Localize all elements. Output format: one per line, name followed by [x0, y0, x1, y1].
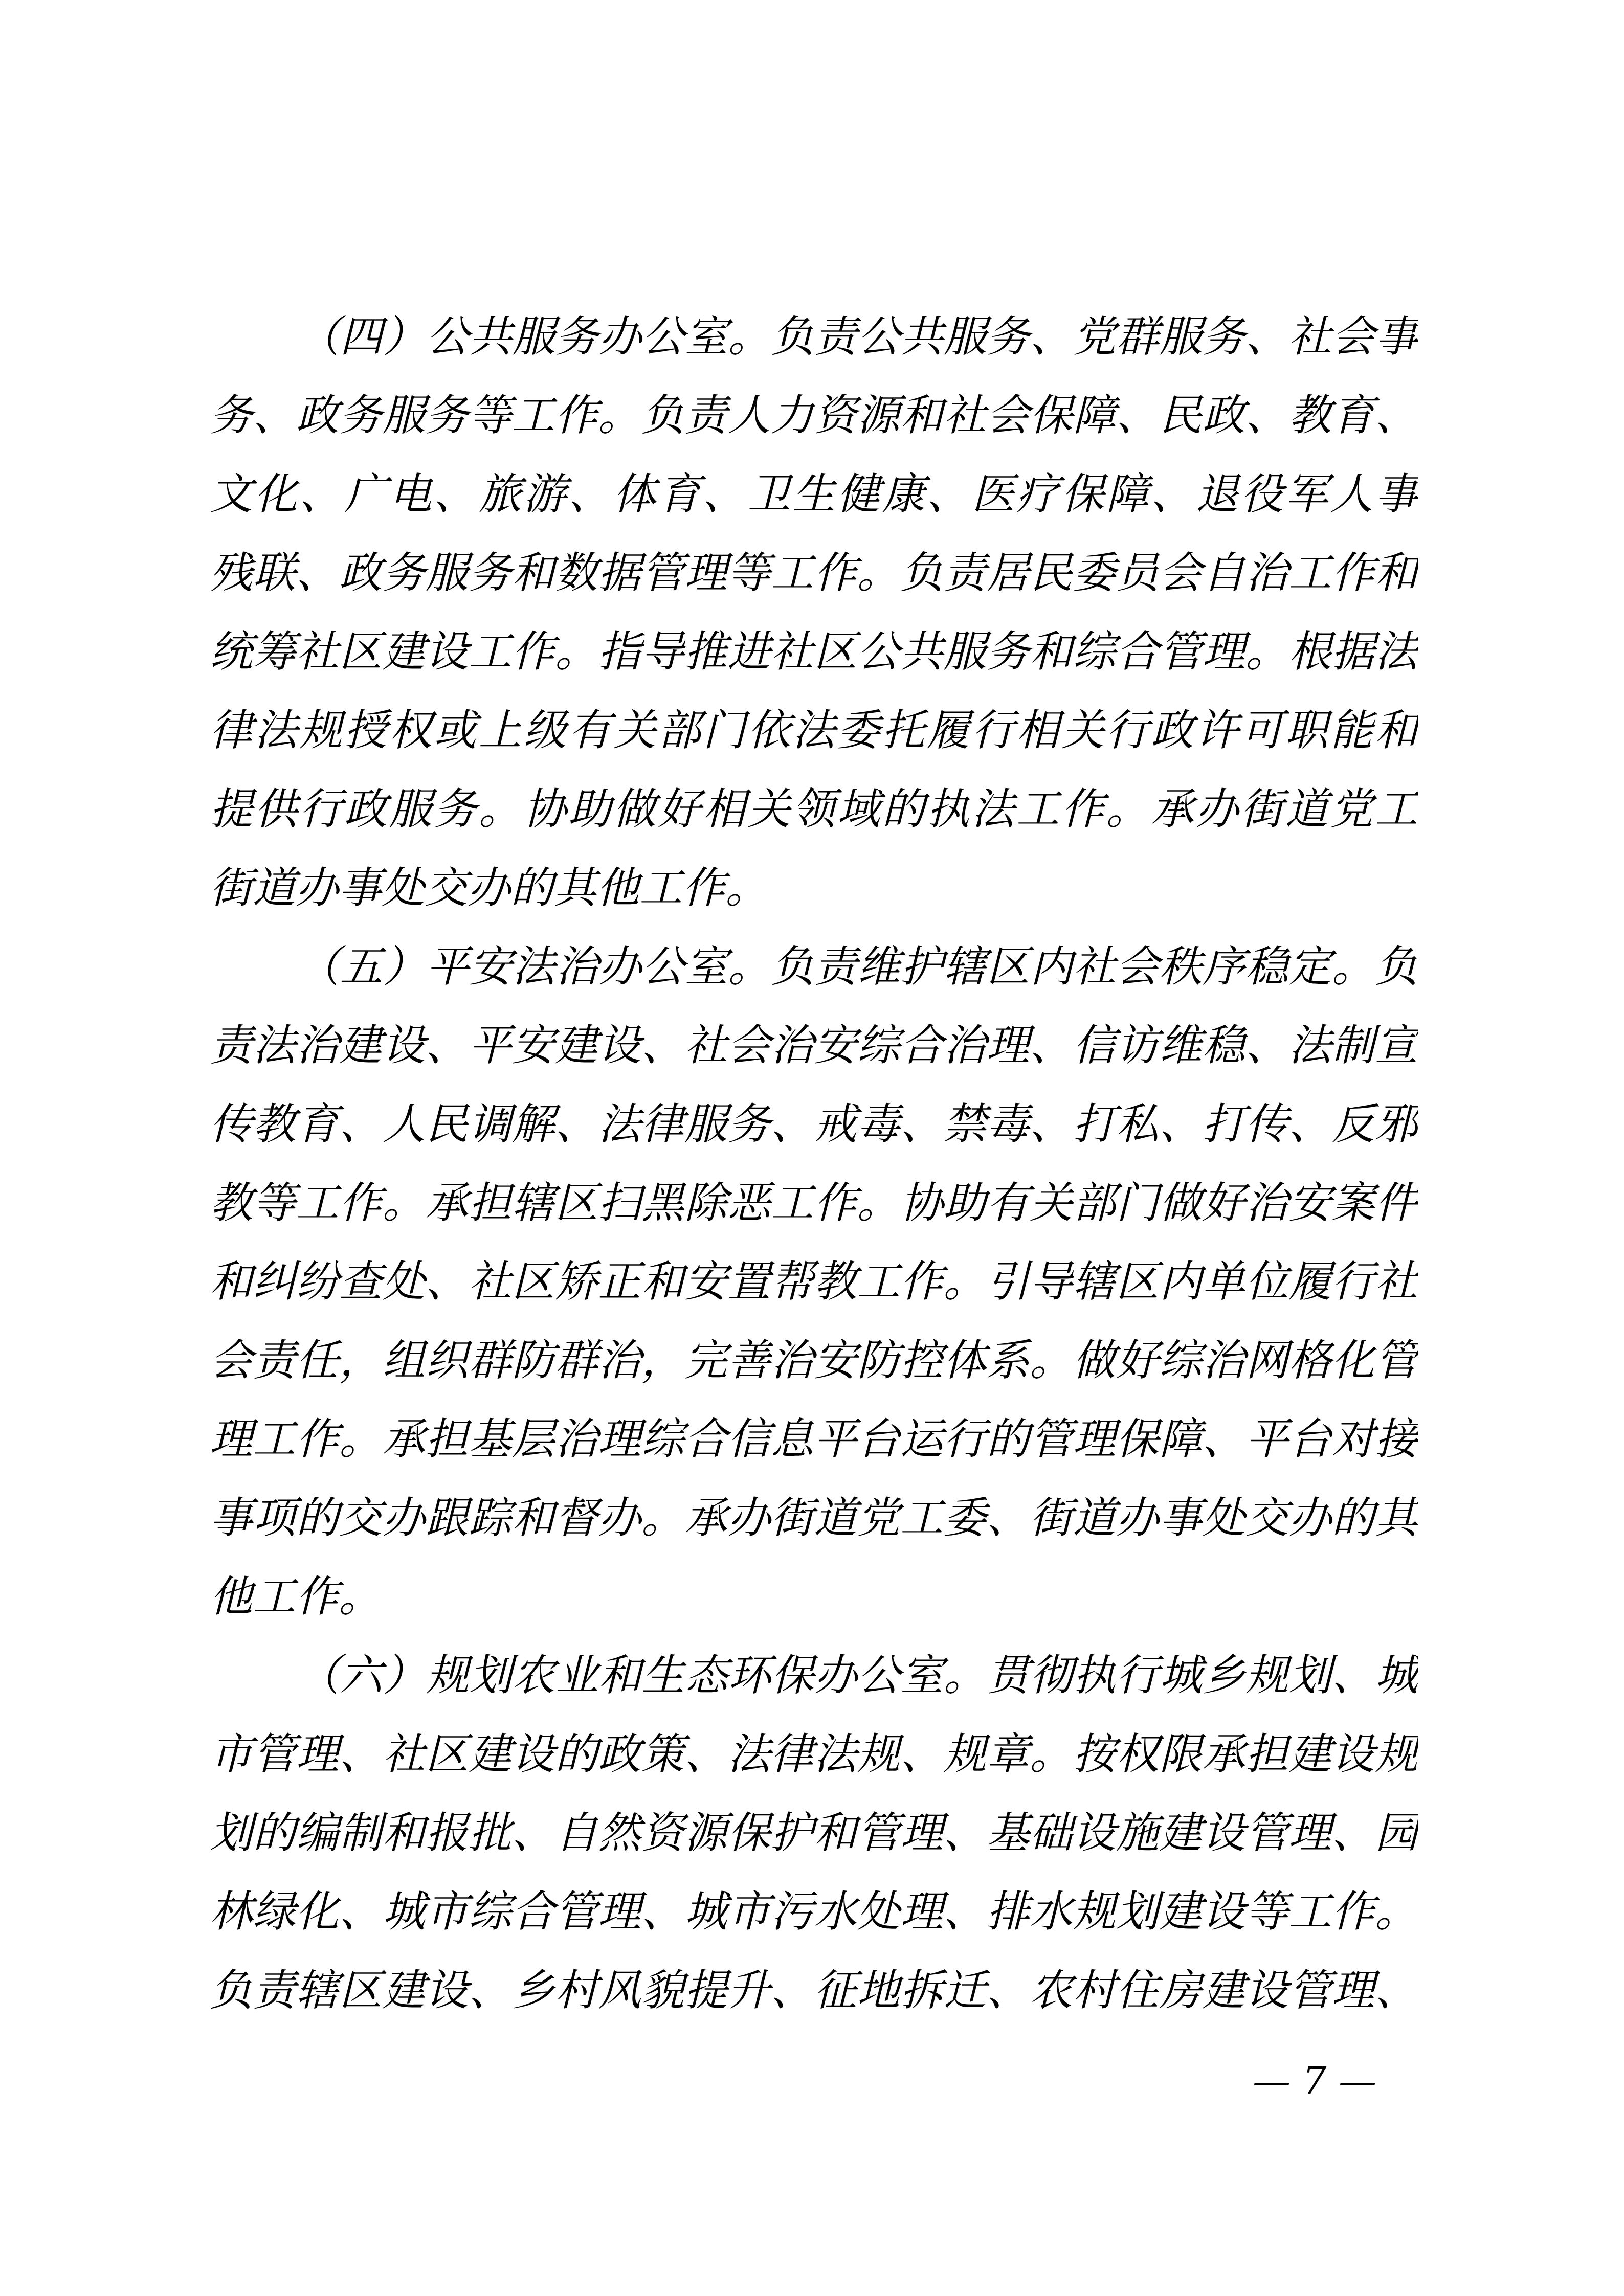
text-line: 责法治建设、平安建设、社会治安综合治理、信访维稳、法制宣 — [210, 1006, 1418, 1085]
text-line: 教等工作。承担辖区扫黑除恶工作。协助有关部门做好治安案件 — [210, 1163, 1418, 1242]
text-line: 务、政务服务等工作。负责人力资源和社会保障、民政、教育、 — [210, 376, 1418, 455]
text-line: （四）公共服务办公室。负责公共服务、党群服务、社会事 — [210, 297, 1418, 376]
text-line: 统筹社区建设工作。指导推进社区公共服务和综合管理。根据法 — [210, 612, 1418, 691]
text-line: 律法规授权或上级有关部门依法委托履行相关行政许可职能和 — [210, 691, 1418, 770]
text-line: 理工作。承担基层治理综合信息平台运行的管理保障、平台对接 — [210, 1400, 1418, 1478]
text-line: （六）规划农业和生态环保办公室。贯彻执行城乡规划、城 — [210, 1636, 1418, 1715]
text-line: 传教育、人民调解、法律服务、戒毒、禁毒、打私、打传、反邪 — [210, 1085, 1418, 1163]
text-line: （五）平安法治办公室。负责维护辖区内社会秩序稳定。负 — [210, 927, 1418, 1006]
text-line: 残联、政务服务和数据管理等工作。负责居民委员会自治工作和 — [210, 533, 1418, 612]
text-line: 林绿化、城市综合管理、城市污水处理、排水规划建设等工作。 — [210, 1872, 1418, 1951]
text-line: 市管理、社区建设的政策、法律法规、规章。按权限承担建设规 — [210, 1715, 1418, 1793]
text-line: 会责任，组织群防群治，完善治安防控体系。做好综治网格化管 — [210, 1321, 1418, 1400]
text-line: 街道办事处交办的其他工作。 — [210, 848, 1418, 927]
text-line: 负责辖区建设、乡村风貌提升、征地拆迁、农村住房建设管理、 — [210, 1951, 1418, 2030]
page-number: — 7 — — [1238, 2043, 1391, 2120]
document-page: （四）公共服务办公室。负责公共服务、党群服务、社会事务、政务服务等工作。负责人力… — [0, 0, 1624, 2296]
text-line: 事项的交办跟踪和督办。承办街道党工委、街道办事处交办的其 — [210, 1478, 1418, 1557]
text-line: 文化、广电、旅游、体育、卫生健康、医疗保障、退役军人事务、 — [210, 455, 1418, 533]
text-line: 划的编制和报批、自然资源保护和管理、基础设施建设管理、园 — [210, 1793, 1418, 1872]
text-line: 和纠纷查处、社区矫正和安置帮教工作。引导辖区内单位履行社 — [210, 1242, 1418, 1321]
document-body: （四）公共服务办公室。负责公共服务、党群服务、社会事务、政务服务等工作。负责人力… — [210, 297, 1418, 2030]
text-line: 提供行政服务。协助做好相关领域的执法工作。承办街道党工委、 — [210, 770, 1418, 848]
text-line: 他工作。 — [210, 1557, 1418, 1636]
